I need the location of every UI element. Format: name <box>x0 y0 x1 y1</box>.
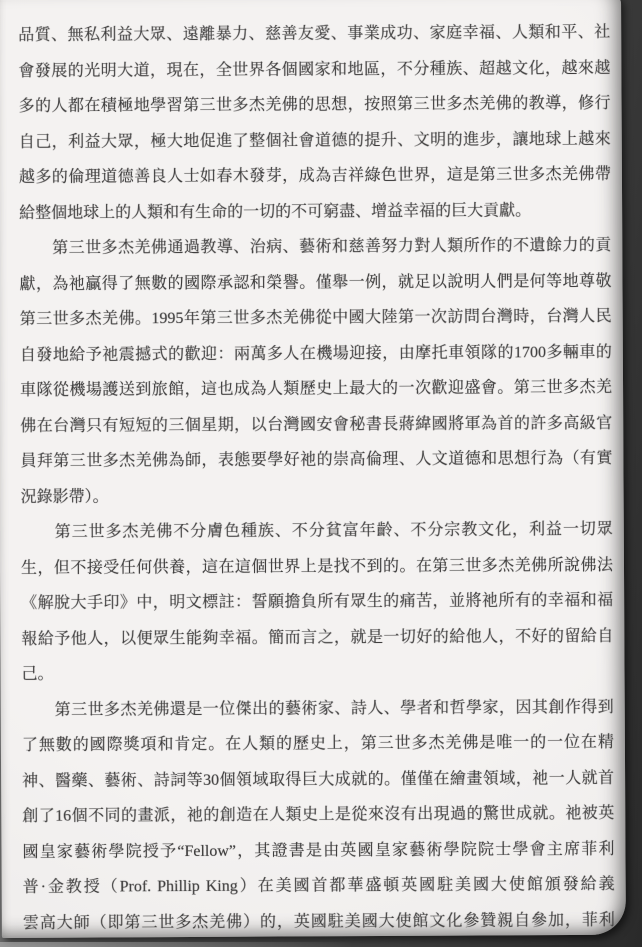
text-line: 雲高大師（即第三世多杰羌佛）的，英國駐美國大使館文化參贊親自參加，菲利 <box>23 902 615 938</box>
paragraph-4: 第三世多杰羌佛還是一位傑出的藝術家、詩人、學者和哲學家，因其創作得到 了無數的國… <box>22 689 615 938</box>
text-line: 佛在台灣只有短短的三個星期，以台灣國安會秘書長蔣緯國將軍為首的許多高級官 <box>20 405 612 444</box>
text-line: 神、醫藥、藝術、詩詞等30個領域取得巨大成就的。僅僅在繪畫領域，祂一人就首 <box>22 760 614 799</box>
text-line: 自己，利益大眾，極大地促進了整個社會道德的提升、文明的進步，讓地球上越來 <box>19 121 611 160</box>
photo-background: 品質、無私利益大眾、遠離暴力、慈善友愛、事業成功、家庭幸福、人類和平、社 會發展… <box>0 0 642 947</box>
page-text: 品質、無私利益大眾、遠離暴力、慈善友愛、事業成功、家庭幸福、人類和平、社 會發展… <box>18 15 615 938</box>
text-line: 多的人都在積極地學習第三世多杰羌佛的思想，按照第三世多杰羌佛的教導，修行 <box>18 86 610 125</box>
text-line: 車隊從機場護送到旅館，這也成為人類歷史上最大的一次歡迎盛會。第三世多杰羌 <box>20 370 612 409</box>
text-line: 《解脫大手印》中，明文標註：誓願擔負所有眾生的痛苦，並將祂所有的幸福和福 <box>21 583 613 622</box>
text-line: 第三世多杰羌佛。1995年第三世多杰羌佛從中國大陸第一次訪問台灣時，台灣人民 <box>20 299 612 338</box>
text-line: 越多的倫理道德善良人士如春木發芽，成為吉祥綠色世界，這是第三世多杰羌佛帶 <box>19 157 611 196</box>
paragraph-1: 品質、無私利益大眾、遠離暴力、慈善友愛、事業成功、家庭幸福、人類和平、社 會發展… <box>18 15 611 231</box>
text-line: 況錄影帶）。 <box>21 476 613 515</box>
text-line: 第三世多杰羌佛還是一位傑出的藝術家、詩人、學者和哲學家，因其創作得到 <box>22 689 614 728</box>
text-line: 生，但不接受任何供養，這在這個世界上是找不到的。在第三世多杰羌佛所說佛法 <box>21 547 613 586</box>
text-line: 獻，為祂贏得了無數的國際承認和榮譽。僅舉一例，就足以說明人們是何等地尊敬 <box>19 263 611 302</box>
document-page: 品質、無私利益大眾、遠離暴力、慈善友愛、事業成功、家庭幸福、人類和平、社 會發展… <box>0 0 626 938</box>
text-line: 第三世多杰羌佛不分膚色種族、不分貧富年齡、不分宗教文化，利益一切眾 <box>21 512 613 551</box>
text-line: 自發地給予祂震撼式的歡迎：兩萬多人在機場迎接，由摩托車領隊的1700多輛車的 <box>20 334 612 373</box>
text-line: 品質、無私利益大眾、遠離暴力、慈善友愛、事業成功、家庭幸福、人類和平、社 <box>18 15 610 54</box>
text-line: 會發展的光明大道，現在，全世界各個國家和地區，不分種族、超越文化，越來越 <box>18 50 610 89</box>
text-line: 國皇家藝術學院授予“Fellow”，其證書是由英國皇家藝術學院院士學會主席菲利 <box>22 831 614 870</box>
text-line: 報給予他人，以便眾生能夠幸福。簡而言之，就是一切好的給他人，不好的留給自 <box>21 618 613 657</box>
text-line: 己。 <box>21 654 613 693</box>
text-line: 創了16個不同的畫派，祂的創造在人類史上是從來沒有出現過的驚世成就。祂被英 <box>22 796 614 835</box>
paragraph-3: 第三世多杰羌佛不分膚色種族、不分貧富年齡、不分宗教文化，利益一切眾 生，但不接受… <box>21 512 614 693</box>
text-line: 給整個地球上的人類和有生命的一切的不可窮盡、增益幸福的巨大貢獻。 <box>19 192 611 231</box>
text-line: 員拜第三世多杰羌佛為師，表態要學好祂的崇高倫理、人文道德和思想行為（有實 <box>20 441 612 480</box>
text-line: 了無數的國際獎項和肯定。在人類的歷史上，第三世多杰羌佛是唯一的一位在精 <box>22 725 614 764</box>
paragraph-2: 第三世多杰羌佛通過教導、治病、藝術和慈善努力對人類所作的不遺餘力的貢 獻，為祂贏… <box>19 228 612 515</box>
text-line: 普·金教授（Prof. Phillip King）在美國首都華盛頓英國駐美國大使… <box>23 867 615 906</box>
text-line: 第三世多杰羌佛通過教導、治病、藝術和慈善努力對人類所作的不遺餘力的貢 <box>19 228 611 267</box>
